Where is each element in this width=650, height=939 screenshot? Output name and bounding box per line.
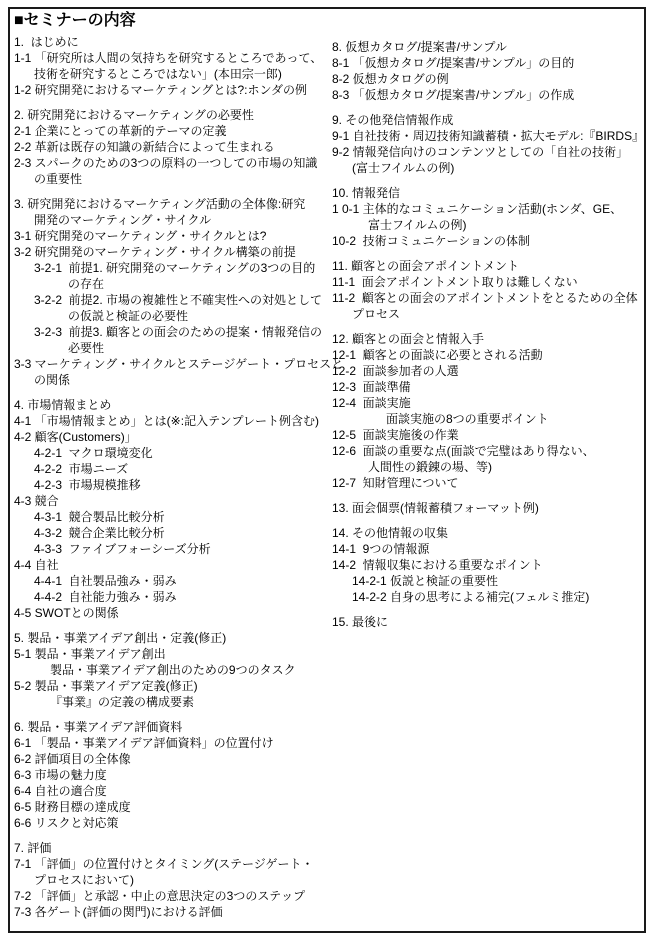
toc-line: 8-3 「仮想カタログ/提案書/サンプル」の作成 <box>332 87 644 103</box>
toc-line: 8-1 「仮想カタログ/提案書/サンプル」の目的 <box>332 55 644 71</box>
toc-line: の存在 <box>14 276 332 292</box>
toc-line: 5. 製品・事業アイデア創出・定義(修正) <box>14 630 332 646</box>
toc-line: (富士フイルムの例) <box>332 160 644 176</box>
toc-line: 4-4-2 自社能力強み・弱み <box>14 589 332 605</box>
toc-line: 必要性 <box>14 340 332 356</box>
toc-line: 14-2-1 仮説と検証の重要性 <box>332 573 644 589</box>
toc-line: 5-2 製品・事業アイデア定義(修正) <box>14 678 332 694</box>
page-title: ■セミナーの内容 <box>14 11 640 31</box>
toc-line: 人間性の鍛錬の場、等) <box>332 459 644 475</box>
toc-line: 4. 市場情報まとめ <box>14 397 332 413</box>
toc-line: 3. 研究開発におけるマーケティング活動の全体像:研究 <box>14 196 332 212</box>
toc-section: 8. 仮想カタログ/提案書/サンプル8-1 「仮想カタログ/提案書/サンプル」の… <box>332 39 644 103</box>
toc-section: 6. 製品・事業アイデア評価資料6-1 「製品・事業アイデア評価資料」の位置付け… <box>14 719 332 831</box>
toc-line: 4-2 顧客(Customers)」 <box>14 429 332 445</box>
toc-line: 12-3 面談準備 <box>332 379 644 395</box>
toc-line: 4-2-2 市場ニーズ <box>14 461 332 477</box>
toc-section: 13. 面会個票(情報蓄積フォーマット例) <box>332 500 644 516</box>
toc-columns: 1. はじめに1-1 「研究所は人間の気持ちを研究するところであって、技術を研究… <box>14 34 640 920</box>
toc-line: 4-4 自社 <box>14 557 332 573</box>
toc-section: 3. 研究開発におけるマーケティング活動の全体像:研究開発のマーケティング・サイ… <box>14 196 332 388</box>
toc-line: 9-1 自社技術・周辺技術知識蓄積・拡大モデル:『BIRDS』 <box>332 128 644 144</box>
toc-line: 2-3 スパークのための3つの原料の一つしての市場の知識 <box>14 155 332 171</box>
toc-line: 8. 仮想カタログ/提案書/サンプル <box>332 39 644 55</box>
toc-line: 3-2-1 前提1. 研究開発のマーケティングの3つの目的 <box>14 260 332 276</box>
toc-line: 3-1 研究開発のマーケティング・サイクルとは? <box>14 228 332 244</box>
toc-line: 4-2-1 マクロ環境変化 <box>14 445 332 461</box>
toc-line: 面談実施の8つの重要ポイント <box>332 411 644 427</box>
toc-section: 11. 顧客との面会アポイントメント11-1 面会アポイントメント取りは難しくな… <box>332 258 644 322</box>
toc-line: 6-3 市場の魅力度 <box>14 767 332 783</box>
toc-line: 4-3 競合 <box>14 493 332 509</box>
toc-line: 4-2-3 市場規模推移 <box>14 477 332 493</box>
toc-section: 2. 研究開発におけるマーケティングの必要性2-1 企業にとっての革新的テーマの… <box>14 107 332 187</box>
toc-line: 4-3-1 競合製品比較分析 <box>14 509 332 525</box>
toc-line: 12-7 知財管理について <box>332 475 644 491</box>
toc-line: 12-6 面談の重要な点(面談で完璧はあり得ない、 <box>332 443 644 459</box>
toc-line: 2-2 革新は既存の知識の新結合によって生まれる <box>14 139 332 155</box>
toc-line: 5-1 製品・事業アイデア創出 <box>14 646 332 662</box>
toc-line: 3-2-3 前提3. 顧客との面会のための提案・情報発信の <box>14 324 332 340</box>
toc-line: の仮説と検証の必要性 <box>14 308 332 324</box>
toc-line: 6-5 財務目標の達成度 <box>14 799 332 815</box>
toc-line: 6. 製品・事業アイデア評価資料 <box>14 719 332 735</box>
toc-line: 2. 研究開発におけるマーケティングの必要性 <box>14 107 332 123</box>
toc-line: 12-4 面談実施 <box>332 395 644 411</box>
toc-line: 14-2 情報収集における重要なポイント <box>332 557 644 573</box>
toc-line: 製品・事業アイデア創出のための9つのタスク <box>14 662 332 678</box>
toc-section: 10. 情報発信1 0-1 主体的なコミュニケーション活動(ホンダ、GE、富士フ… <box>332 185 644 249</box>
toc-line: 14. その他情報の収集 <box>332 525 644 541</box>
toc-line: 1. はじめに <box>14 34 332 50</box>
toc-line: 2-1 企業にとっての革新的テーマの定義 <box>14 123 332 139</box>
toc-line: 11-1 面会アポイントメント取りは難しくない <box>332 274 644 290</box>
document-border-frame: ■セミナーの内容 1. はじめに1-1 「研究所は人間の気持ちを研究するところで… <box>8 7 646 933</box>
toc-line: 8-2 仮想カタログの例 <box>332 71 644 87</box>
toc-line: 6-6 リスクと対応策 <box>14 815 332 831</box>
toc-left-column: 1. はじめに1-1 「研究所は人間の気持ちを研究するところであって、技術を研究… <box>14 34 332 920</box>
toc-line: 4-1 「市場情報まとめ」とは(※:記入テンプレート例含む) <box>14 413 332 429</box>
toc-line: 富士フイルムの例) <box>332 217 644 233</box>
toc-line: 10-2 技術コミュニケーションの体制 <box>332 233 644 249</box>
toc-line: 6-1 「製品・事業アイデア評価資料」の位置付け <box>14 735 332 751</box>
document-page: { "title": "■セミナーの内容", "colors": { "back… <box>0 0 650 939</box>
toc-line: の重要性 <box>14 171 332 187</box>
toc-line: 7-1 「評価」の位置付けとタイミング(ステージゲート・ <box>14 856 332 872</box>
toc-line: 4-5 SWOTとの関係 <box>14 605 332 621</box>
toc-line: 4-3-2 競合企業比較分析 <box>14 525 332 541</box>
toc-line: プロセスにおいて) <box>14 872 332 888</box>
toc-line: プロセス <box>332 306 644 322</box>
toc-line: 技術を研究するところではない」(本田宗一郎) <box>14 66 332 82</box>
toc-section: 5. 製品・事業アイデア創出・定義(修正)5-1 製品・事業アイデア創出製品・事… <box>14 630 332 710</box>
toc-section: 15. 最後に <box>332 614 644 630</box>
toc-line: 1 0-1 主体的なコミュニケーション活動(ホンダ、GE、 <box>332 201 644 217</box>
toc-line: 12-1 顧客との面談に必要とされる活動 <box>332 347 644 363</box>
toc-line: 11. 顧客との面会アポイントメント <box>332 258 644 274</box>
toc-line: 7-3 各ゲート(評価の関門)における評価 <box>14 904 332 920</box>
toc-line: 11-2 顧客との面会のアポイントメントをとるための全体 <box>332 290 644 306</box>
toc-line: 『事業』の定義の構成要素 <box>14 694 332 710</box>
toc-line: 7-2 「評価」と承認・中止の意思決定の3つのステップ <box>14 888 332 904</box>
toc-line: 12-5 面談実施後の作業 <box>332 427 644 443</box>
toc-line: 9. その他発信情報作成 <box>332 112 644 128</box>
toc-line: 13. 面会個票(情報蓄積フォーマット例) <box>332 500 644 516</box>
toc-line: 3-3 マーケティング・サイクルとステージゲート・プロセスと <box>14 356 332 372</box>
toc-section: 14. その他情報の収集14-1 9つの情報源14-2 情報収集における重要なポ… <box>332 525 644 605</box>
toc-section: 7. 評価7-1 「評価」の位置付けとタイミング(ステージゲート・プロセスにおい… <box>14 840 332 920</box>
toc-line: 12. 顧客との面会と情報入手 <box>332 331 644 347</box>
toc-line: 1-1 「研究所は人間の気持ちを研究するところであって、 <box>14 50 332 66</box>
toc-line: 14-1 9つの情報源 <box>332 541 644 557</box>
toc-line: 6-2 評価項目の全体像 <box>14 751 332 767</box>
toc-line: 4-4-1 自社製品強み・弱み <box>14 573 332 589</box>
toc-right-column: 8. 仮想カタログ/提案書/サンプル8-1 「仮想カタログ/提案書/サンプル」の… <box>332 34 644 630</box>
toc-line: 6-4 自社の適合度 <box>14 783 332 799</box>
toc-line: 1-2 研究開発におけるマーケティングとは?:ホンダの例 <box>14 82 332 98</box>
toc-line: 9-2 情報発信向けのコンテンツとしての「自社の技術」 <box>332 144 644 160</box>
toc-section: 9. その他発信情報作成9-1 自社技術・周辺技術知識蓄積・拡大モデル:『BIR… <box>332 112 644 176</box>
toc-line: 3-2 研究開発のマーケティング・サイクル構築の前提 <box>14 244 332 260</box>
toc-line: 開発のマーケティング・サイクル <box>14 212 332 228</box>
toc-section: 4. 市場情報まとめ4-1 「市場情報まとめ」とは(※:記入テンプレート例含む)… <box>14 397 332 621</box>
toc-line: 15. 最後に <box>332 614 644 630</box>
toc-line: 12-2 面談参加者の人選 <box>332 363 644 379</box>
toc-line: 4-3-3 ファイブフォーシーズ分析 <box>14 541 332 557</box>
toc-section: 1. はじめに1-1 「研究所は人間の気持ちを研究するところであって、技術を研究… <box>14 34 332 98</box>
toc-line: 10. 情報発信 <box>332 185 644 201</box>
toc-line: 14-2-2 自身の思考による補完(フェルミ推定) <box>332 589 644 605</box>
toc-section: 12. 顧客との面会と情報入手12-1 顧客との面談に必要とされる活動12-2 … <box>332 331 644 491</box>
toc-line: 3-2-2 前提2. 市場の複雑性と不確実性への対処として <box>14 292 332 308</box>
toc-line: 7. 評価 <box>14 840 332 856</box>
toc-line: の関係 <box>14 372 332 388</box>
